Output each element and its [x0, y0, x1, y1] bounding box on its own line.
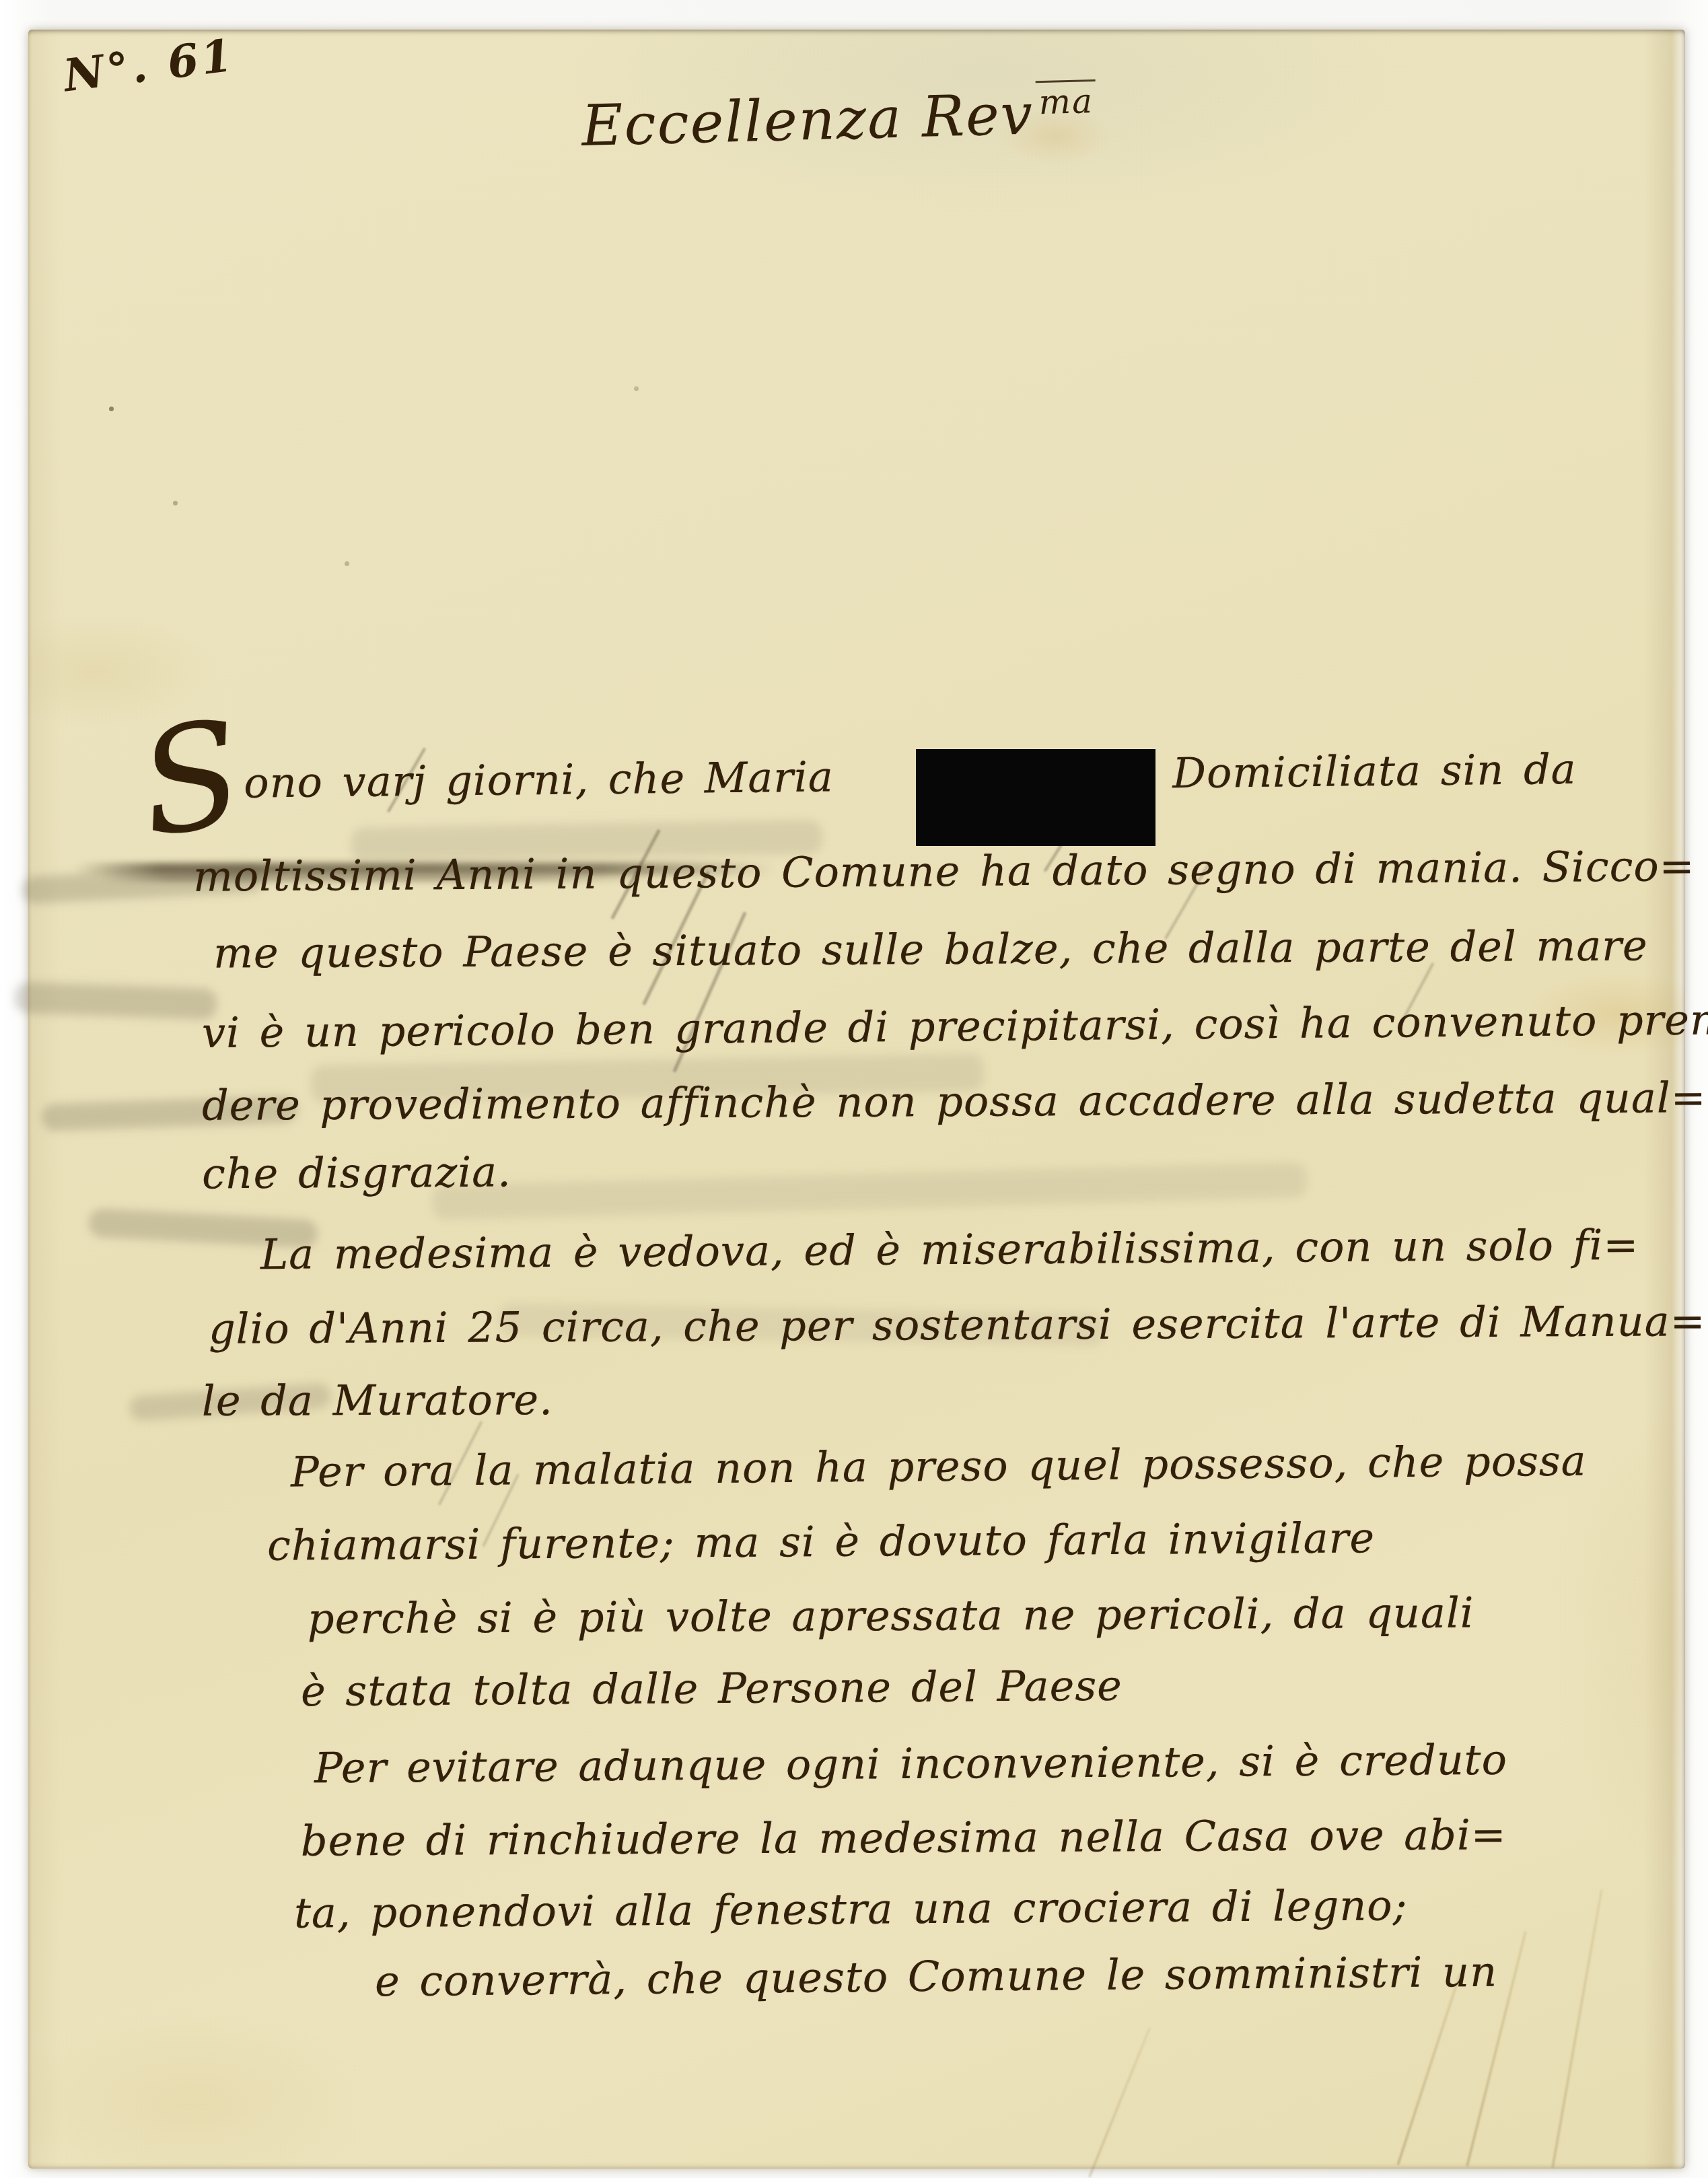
letter-line: bene di rinchiudere la medesima nella Ca… — [301, 1810, 1507, 1865]
letter-line: glio d'Anni 25 circa, che per sostentars… — [209, 1296, 1706, 1354]
letter-line: moltissimi Anni in questo Comune ha dato… — [193, 841, 1695, 901]
letter-line: e converrà, che questo Comune le sommini… — [375, 1947, 1498, 2006]
letter-line: chiamarsi furente; ma si è dovuto farla … — [267, 1513, 1375, 1570]
letter-line: vi è un pericolo ben grande di precipita… — [202, 995, 1708, 1057]
letter-line: Per ora la malatia non ha preso quel pos… — [291, 1436, 1587, 1497]
letter-paper: N°. 61 Eccellenza Revma S ono varj giorn… — [28, 30, 1685, 2169]
line-segment: ono varj giorni, che Maria — [244, 752, 834, 807]
letter-line: le da Muratore. — [202, 1375, 553, 1426]
line-segment: Domiciliata sin da — [1172, 744, 1577, 798]
letter-line: è stata tolta dalle Persone del Paese — [301, 1661, 1123, 1716]
letter-line: perchè si è più volte apressata ne peric… — [308, 1588, 1474, 1643]
letter-line: dere provedimento affinchè non possa acc… — [202, 1073, 1707, 1130]
letter-line: Per evitare adunque ogni inconveniente, … — [314, 1735, 1507, 1792]
drop-cap: S — [142, 771, 241, 786]
letter-line: ta, ponendovi alla fenestra una crociera… — [294, 1881, 1408, 1938]
letter-body: S ono varj giorni, che Maria Domiciliata… — [28, 30, 1685, 2169]
letter-line: che disgrazia. — [202, 1147, 511, 1198]
letter-line: me questo Paese è situato sulle balze, c… — [213, 921, 1648, 977]
letter-line: La medesima è vedova, ed è miserabilissi… — [260, 1220, 1639, 1279]
scanned-letter-page: N°. 61 Eccellenza Revma S ono varj giorn… — [0, 0, 1708, 2178]
